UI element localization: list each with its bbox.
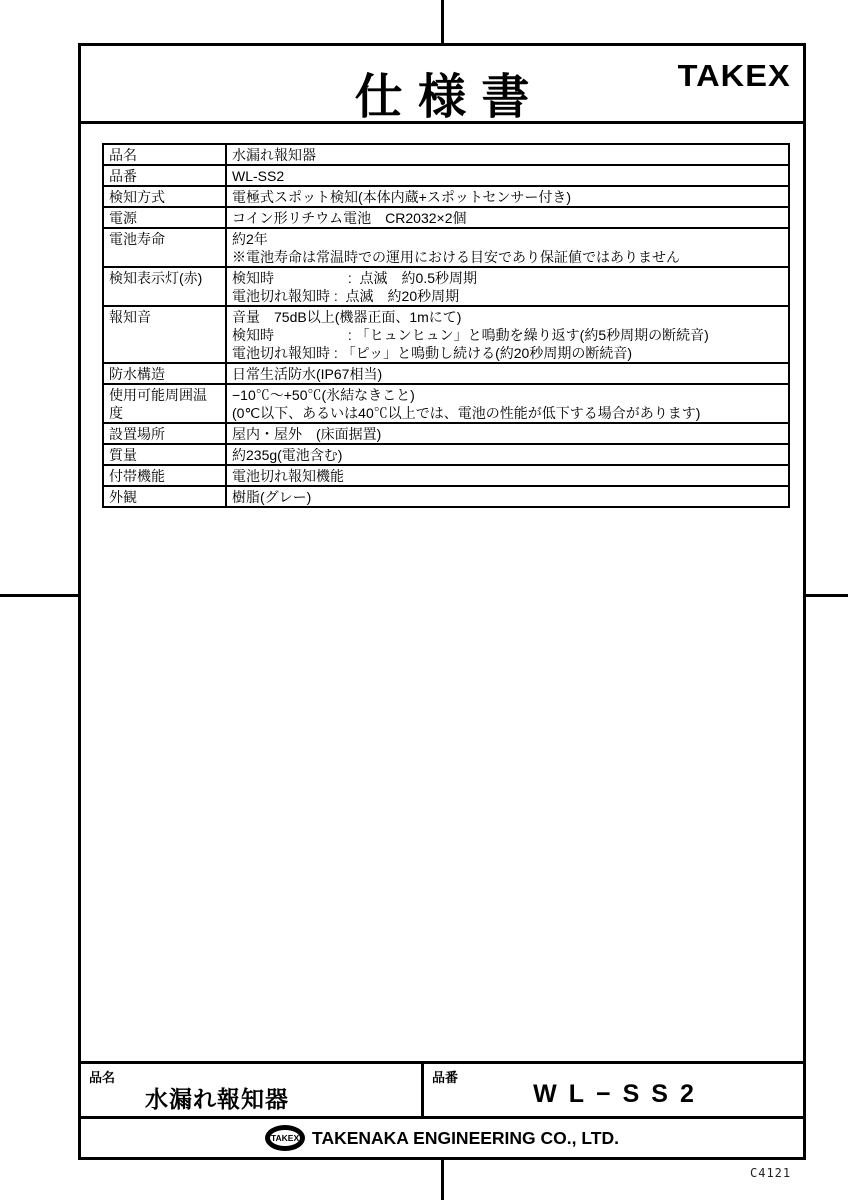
spec-row: 検知方式電極式スポット検知(本体内蔵+スポットセンサー付き) [103, 186, 789, 207]
spec-row-value: 約2年 ※電池寿命は常温時での運用における目安であり保証値ではありません [226, 228, 789, 267]
spec-row: 使用可能周囲温度−10℃〜+50℃(氷結なきこと) (0℃以下、あるいは40℃以… [103, 384, 789, 423]
spec-row-value: 電池切れ報知機能 [226, 465, 789, 486]
spec-row: 付帯機能電池切れ報知機能 [103, 465, 789, 486]
spec-row: 電源コイン形リチウム電池 CR2032×2個 [103, 207, 789, 228]
spec-row-label: 電池寿命 [103, 228, 226, 267]
document-frame: 仕様書 TAKEX 品名水漏れ報知器 品番WL-SS2 検知方式電極式スポット検… [78, 43, 806, 1160]
spec-row-label: 品番 [103, 165, 226, 186]
spec-row-label: 防水構造 [103, 363, 226, 384]
product-name-value: 水漏れ報知器 [145, 1081, 289, 1114]
spec-row: 品番WL-SS2 [103, 165, 789, 186]
crop-mark-right [804, 594, 848, 597]
product-name-label: 品名 [89, 1067, 115, 1086]
spec-row-label: 質量 [103, 444, 226, 465]
spec-row: 防水構造日常生活防水(IP67相当) [103, 363, 789, 384]
spec-row: 電池寿命約2年 ※電池寿命は常温時での運用における目安であり保証値ではありません [103, 228, 789, 267]
takex-oval-logo-text: TAKEX [271, 1133, 299, 1143]
spec-table-body: 品名水漏れ報知器 品番WL-SS2 検知方式電極式スポット検知(本体内蔵+スポッ… [103, 144, 789, 507]
spec-row-value: 樹脂(グレー) [226, 486, 789, 507]
spec-row-label: 検知方式 [103, 186, 226, 207]
spec-table: 品名水漏れ報知器 品番WL-SS2 検知方式電極式スポット検知(本体内蔵+スポッ… [102, 143, 790, 508]
spec-row-value: コイン形リチウム電池 CR2032×2個 [226, 207, 789, 228]
spec-row-label: 付帯機能 [103, 465, 226, 486]
spec-row-label: 報知音 [103, 306, 226, 363]
spec-row: 品名水漏れ報知器 [103, 144, 789, 165]
spec-row: 検知表示灯(赤)検知時 : 点滅 約0.5秒周期 電池切れ報知時 : 点滅 約2… [103, 267, 789, 306]
corner-code: C4121 [750, 1166, 791, 1180]
title-band: 仕様書 TAKEX [81, 46, 803, 124]
spec-row-label: 外観 [103, 486, 226, 507]
spec-row-value: 日常生活防水(IP67相当) [226, 363, 789, 384]
spec-row-label: 品名 [103, 144, 226, 165]
spec-row: 報知音音量 75dB以上(機器正面、1mにて) 検知時 : 「ヒュンヒュン」と鳴… [103, 306, 789, 363]
spec-row-label: 検知表示灯(赤) [103, 267, 226, 306]
spec-row-value: 音量 75dB以上(機器正面、1mにて) 検知時 : 「ヒュンヒュン」と鳴動を繰… [226, 306, 789, 363]
product-number-value: WL−SS2 [424, 1080, 803, 1109]
spec-row: 設置場所屋内・屋外 (床面据置) [103, 423, 789, 444]
spec-row-value: 検知時 : 点滅 約0.5秒周期 電池切れ報知時 : 点滅 約20秒周期 [226, 267, 789, 306]
spec-sheet-page: 仕様書 TAKEX 品名水漏れ報知器 品番WL-SS2 検知方式電極式スポット検… [0, 0, 848, 1200]
takex-oval-logo-icon: TAKEX [265, 1125, 305, 1151]
spec-row: 外観樹脂(グレー) [103, 486, 789, 507]
company-band: TAKEX TAKENAKA ENGINEERING CO., LTD. [81, 1119, 803, 1157]
spec-row-value: 屋内・屋外 (床面据置) [226, 423, 789, 444]
takex-logotype: TAKEX [678, 58, 791, 94]
product-name-cell: 品名 水漏れ報知器 [81, 1064, 424, 1116]
product-number-cell: 品番 WL−SS2 [424, 1064, 803, 1116]
spec-row: 質量約235g(電池含む) [103, 444, 789, 465]
product-id-box: 品名 水漏れ報知器 品番 WL−SS2 [81, 1061, 803, 1119]
spec-row-label: 設置場所 [103, 423, 226, 444]
crop-mark-bottom [441, 1158, 444, 1200]
crop-mark-left [0, 594, 80, 597]
spec-row-value: −10℃〜+50℃(氷結なきこと) (0℃以下、あるいは40℃以上では、電池の性… [226, 384, 789, 423]
spec-row-label: 電源 [103, 207, 226, 228]
spec-row-label: 使用可能周囲温度 [103, 384, 226, 423]
spec-row-value: WL-SS2 [226, 165, 789, 186]
spec-row-value: 水漏れ報知器 [226, 144, 789, 165]
company-name: TAKENAKA ENGINEERING CO., LTD. [312, 1128, 619, 1149]
crop-mark-top [441, 0, 444, 45]
spec-row-value: 電極式スポット検知(本体内蔵+スポットセンサー付き) [226, 186, 789, 207]
spec-row-value: 約235g(電池含む) [226, 444, 789, 465]
